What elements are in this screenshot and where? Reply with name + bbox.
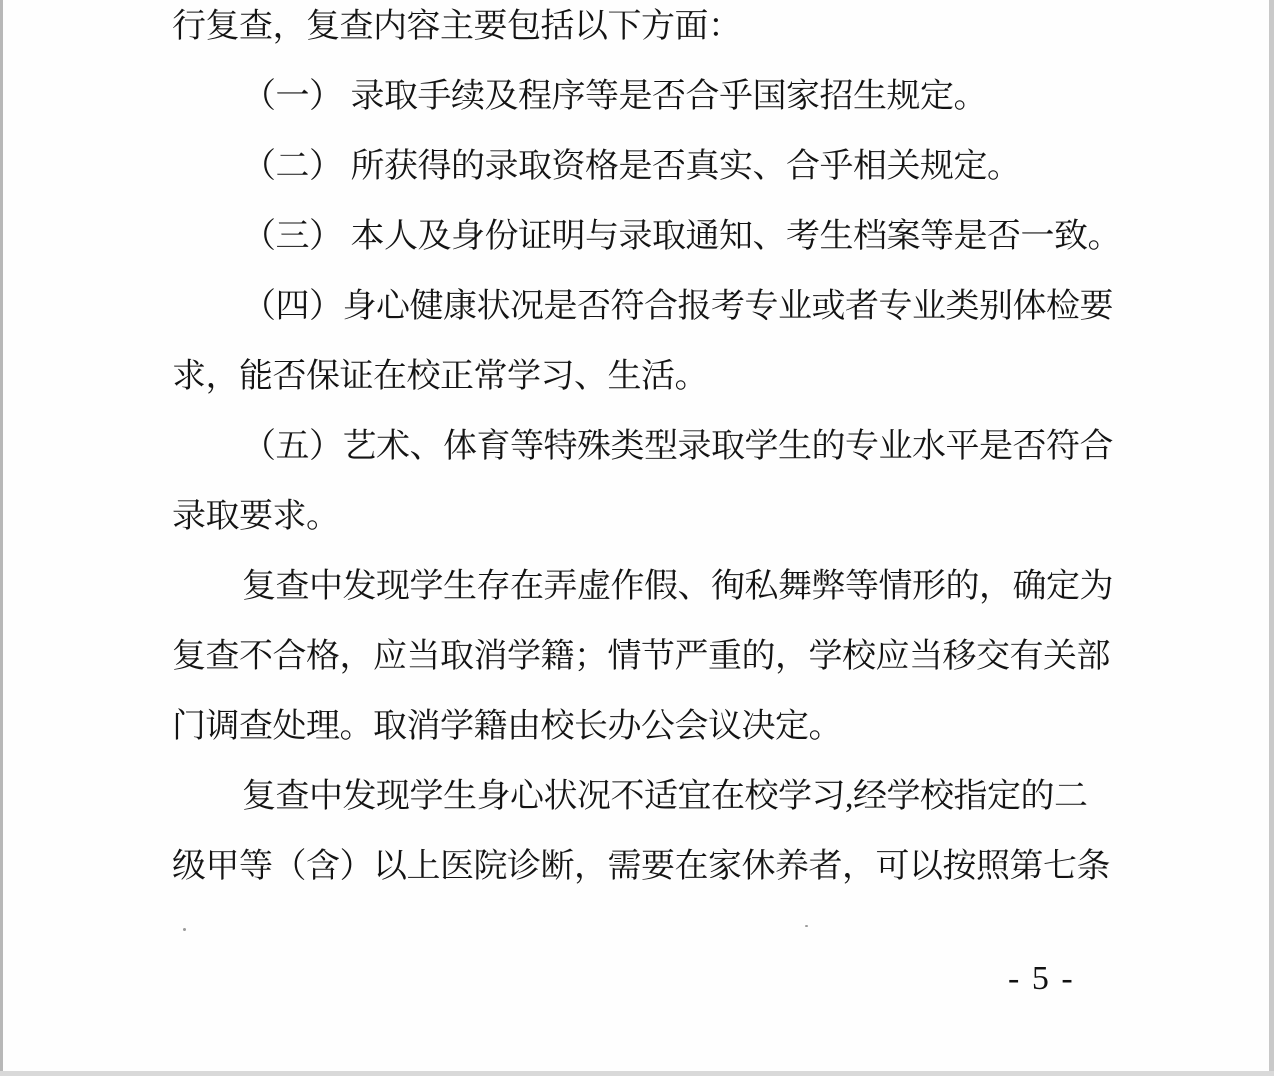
scanned-document-page: 行复查，复查内容主要包括以下方面： （一） 录取手续及程序等是否合乎国家招生规定… — [0, 0, 1274, 1076]
document-line: 门调查处理。取消学籍由校长办公会议决定。 — [172, 692, 1132, 762]
document-line: 录取要求。 — [172, 482, 1132, 552]
document-line: 复查中发现学生存在弄虚作假、徇私舞弊等情形的，确定为 — [172, 552, 1132, 622]
document-line: 求，能否保证在校正常学习、生活。 — [172, 342, 1132, 412]
scan-noise-speck — [183, 928, 186, 931]
scan-edge-left — [0, 0, 3, 1076]
scan-edge-bottom — [0, 1071, 1274, 1076]
document-line: 级甲等（含）以上医院诊断，需要在家休养者，可以按照第七条 — [172, 832, 1132, 902]
document-line: （五）艺术、体育等特殊类型录取学生的专业水平是否符合 — [172, 412, 1132, 482]
page-number: - 5 - — [1008, 960, 1075, 998]
document-line: 复查中发现学生身心状况不适宜在校学习,经学校指定的二 — [172, 762, 1132, 832]
scan-noise-speck — [805, 925, 808, 927]
document-line: 行复查，复查内容主要包括以下方面： — [172, 0, 1132, 62]
document-line: 复查不合格，应当取消学籍；情节严重的，学校应当移交有关部 — [172, 622, 1132, 692]
document-body: 行复查，复查内容主要包括以下方面： （一） 录取手续及程序等是否合乎国家招生规定… — [172, 0, 1132, 902]
document-line: （四）身心健康状况是否符合报考专业或者专业类别体检要 — [172, 272, 1132, 342]
document-line: （一） 录取手续及程序等是否合乎国家招生规定。 — [172, 62, 1132, 132]
scan-edge-right — [1269, 0, 1274, 1076]
document-line: （二） 所获得的录取资格是否真实、合乎相关规定。 — [172, 132, 1132, 202]
document-line: （三） 本人及身份证明与录取通知、考生档案等是否一致。 — [172, 202, 1132, 272]
